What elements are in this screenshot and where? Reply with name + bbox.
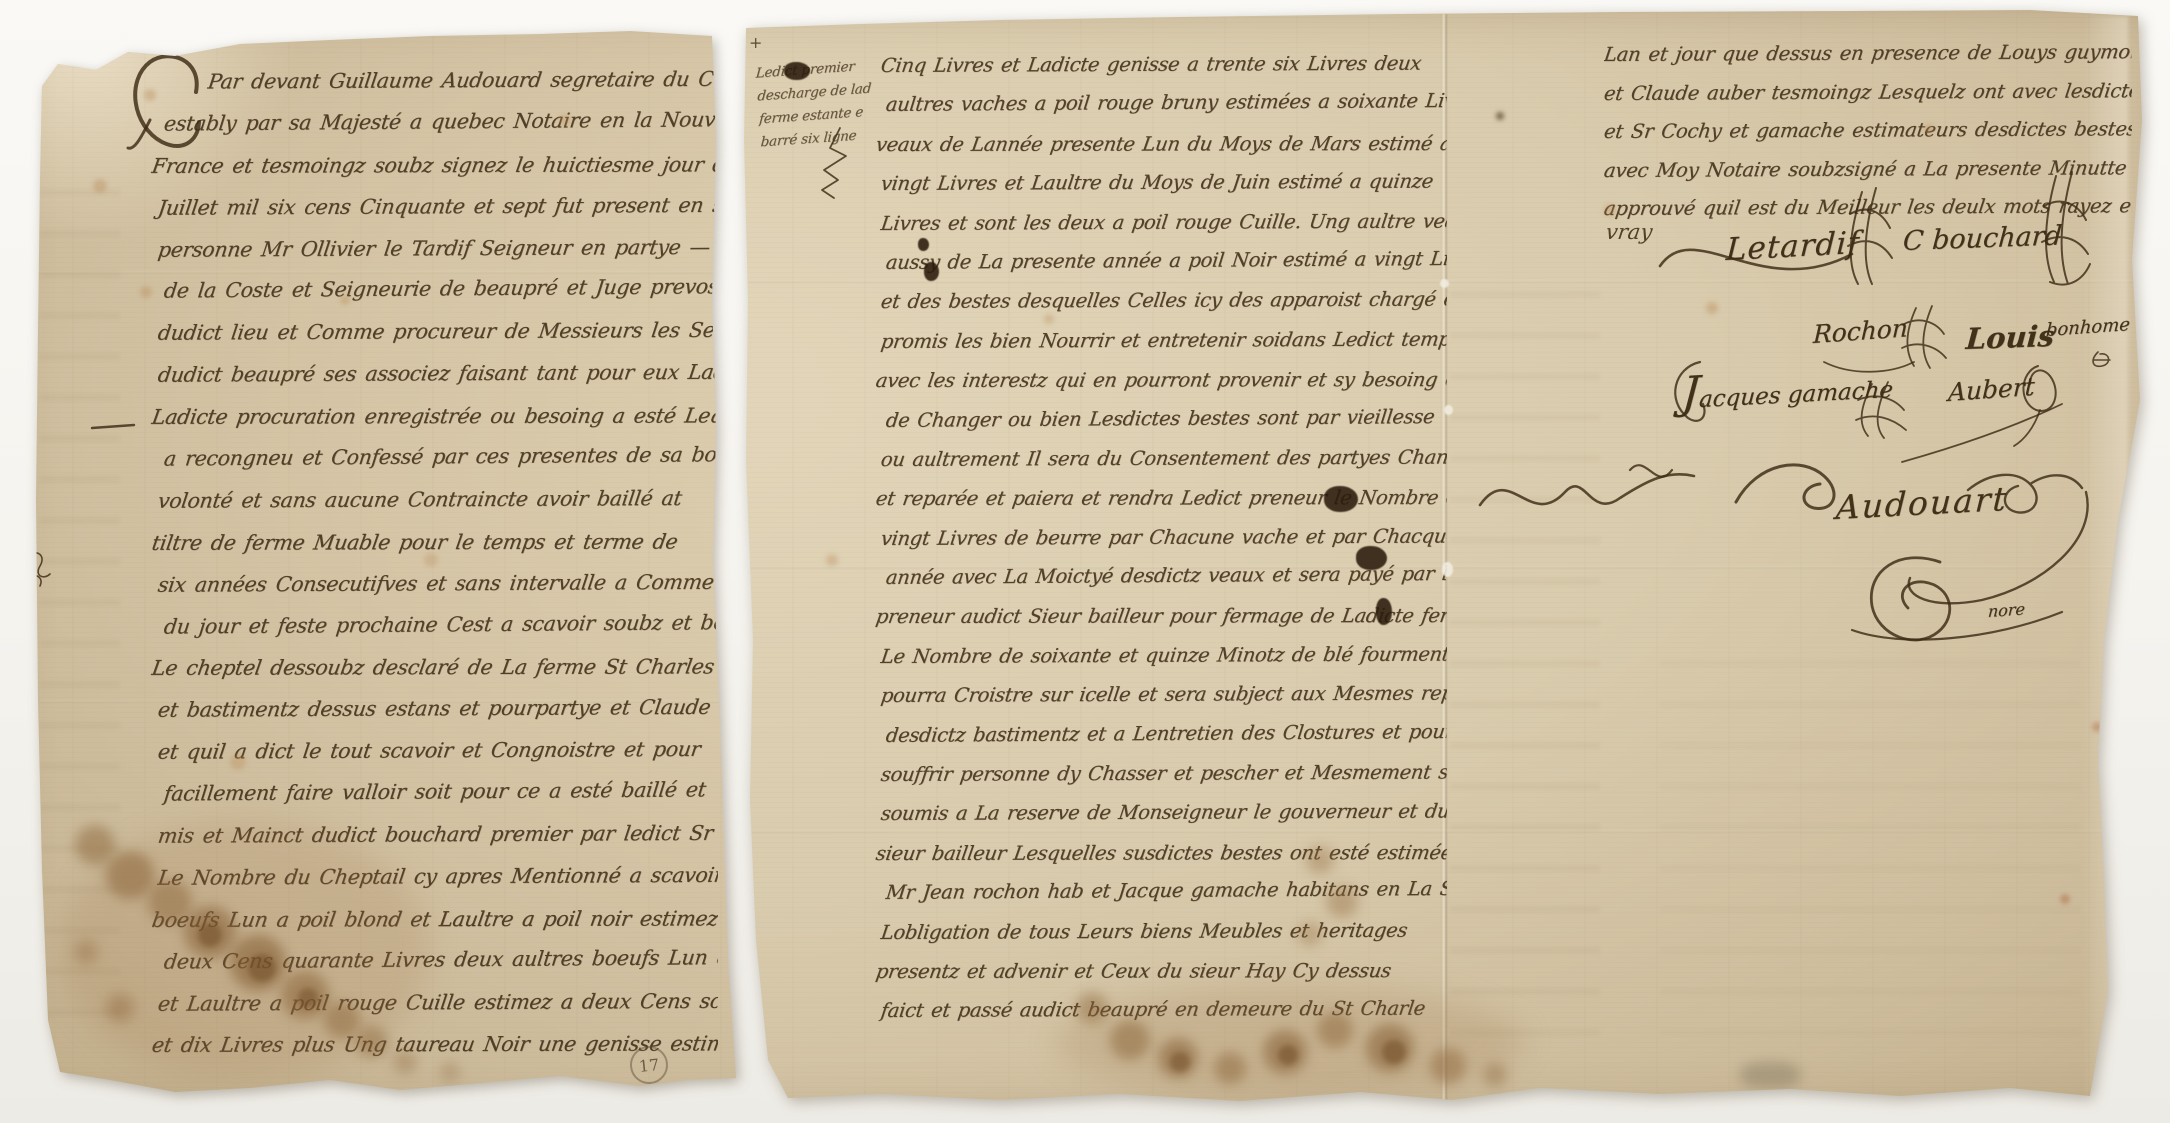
manuscript-line: Cinq Livres et Ladicte genisse a trente … — [875, 46, 1447, 85]
manuscript-line: desdictz bastimentz et a Lentretien des … — [875, 712, 1447, 755]
manuscript-line: et des bestes desquelles Celles icy des … — [875, 280, 1447, 322]
margin-note: Ledict premierdescharge de ladferme esta… — [755, 54, 889, 155]
manuscript-line: veaux de Lannée presente Lun du Moys de … — [875, 124, 1447, 164]
signature-aubert: Aubert — [1947, 372, 2035, 407]
foxing-spot — [1044, 314, 1054, 324]
manuscript-right-leaf: + Ledict premierdescharge de ladferme es… — [0, 0, 2170, 1123]
foxing-spot — [826, 554, 838, 566]
manuscript-line: et Claude auber tesmoingz Lesquelz ont a… — [1604, 72, 2132, 113]
margin-insert-mark: + — [749, 33, 762, 52]
manuscript-line: sieur bailleur Lesquelles susdictes best… — [875, 833, 1447, 873]
manuscript-line: avec les interestz qui en pourront prove… — [875, 360, 1447, 400]
manuscript-line: aultres vaches a poil rouge bruny estimé… — [875, 81, 1447, 124]
stain-blob — [1298, 922, 1322, 946]
signature-bouchard: C bouchard — [1902, 220, 2063, 257]
foxing-spot — [1604, 204, 1616, 216]
middle-page-text: Cinq Livres et Ladicte genisse a trente … — [875, 46, 1447, 1032]
signature-audouart: Audouart — [1835, 479, 2009, 527]
paper-loss — [1444, 405, 1453, 415]
signature-louis: Louis — [1965, 319, 2056, 356]
manuscript-line: ou aultrement Il sera du Consentement de… — [875, 437, 1447, 479]
stain-blob — [1110, 1020, 1150, 1060]
manuscript-line: Mr Jean rochon hab et Jacque gamache hab… — [875, 869, 1447, 912]
manuscript-line: vingt Livres et Laultre du Moys de Juin … — [875, 162, 1447, 204]
paper-loss — [1442, 562, 1453, 577]
signature-gamache: Jacques gamache — [1680, 357, 1895, 419]
manuscript-line: Livres et sont les deux a poil rouge Cui… — [875, 201, 1447, 243]
ink-blot — [924, 262, 939, 281]
ink-blot — [918, 238, 929, 251]
stain-blob — [1326, 886, 1358, 918]
manuscript-line: pourra Croistre sur icelle et sera subje… — [875, 674, 1447, 716]
manuscript-line: presentz et advenir et Ceux du sieur Hay… — [875, 951, 1447, 991]
stain-blob — [1483, 1063, 1507, 1087]
stain-core — [1382, 1040, 1406, 1064]
ink-blot — [1356, 546, 1387, 570]
ink-blot — [784, 62, 810, 80]
manuscript-line: Lan et jour que dessus en presence de Lo… — [1604, 36, 2132, 75]
manuscript-line: Lobligation de tous Leurs biens Meubles … — [875, 910, 1447, 952]
paper-loss — [1440, 279, 1449, 288]
right-leaf-shadow-wrap: + Ledict premierdescharge de ladferme es… — [0, 0, 2170, 1123]
manuscript-line: soumis a La reserve de Monseigneur le go… — [875, 792, 1447, 834]
manuscript-line: aussy de La presente année a poil Noir e… — [875, 239, 1447, 282]
closing-word-vray: vray — [1604, 220, 1654, 244]
stain-blob — [1430, 1048, 1466, 1084]
stain-blob — [1214, 1052, 1246, 1084]
foxing-spot — [2092, 722, 2102, 732]
foxing-spot — [1924, 124, 1934, 134]
ink-showthrough — [1660, 660, 2080, 1060]
ink-blot — [1376, 598, 1392, 625]
manuscript-line: Le Nombre de soixante et quinze Minotz d… — [875, 634, 1447, 676]
notary-abbreviation: nore — [1987, 599, 2025, 621]
closing-text: Lan et jour que dessus en presence de Lo… — [1604, 36, 2132, 229]
ink-blot — [1324, 486, 1358, 512]
ink-showthrough — [1450, 280, 1600, 1060]
ink-speck — [1496, 112, 1504, 120]
manuscript-line: preneur audict Sieur bailleur pour ferma… — [875, 596, 1447, 636]
gray-smudge — [1740, 1062, 1800, 1088]
manuscript-line: avec Moy Notaire soubzsigné a La present… — [1604, 149, 2132, 190]
manuscript-line: souffrir personne dy Chasser et pescher … — [875, 753, 1447, 795]
signature-rochon: Rochon — [1812, 313, 1908, 349]
manuscript-line: de Changer ou bien Lesdictes bestes sont… — [875, 397, 1447, 440]
manuscript-line: et reparée et paiera et rendra Ledict pr… — [875, 478, 1447, 518]
photograph-backdrop: Par devant Guillaume Audouard segretaire… — [0, 0, 2170, 1123]
signature-letardif: Letardif — [1725, 225, 1861, 268]
stain-core — [1170, 1052, 1190, 1072]
stain-blob — [1076, 992, 1108, 1024]
stain-blob — [1317, 1012, 1353, 1048]
signature-louis-surname: bonhome — [2045, 314, 2130, 341]
manuscript-line: et Sr Cochy et gamache estimateurs desdi… — [1604, 110, 2132, 151]
foxing-spot — [2060, 894, 2070, 904]
stain-blob — [1306, 846, 1334, 874]
foxing-spot — [1706, 302, 1718, 314]
stain-core — [1278, 1045, 1298, 1065]
manuscript-line: promis les bien Nourrir et entretenir so… — [875, 319, 1447, 361]
